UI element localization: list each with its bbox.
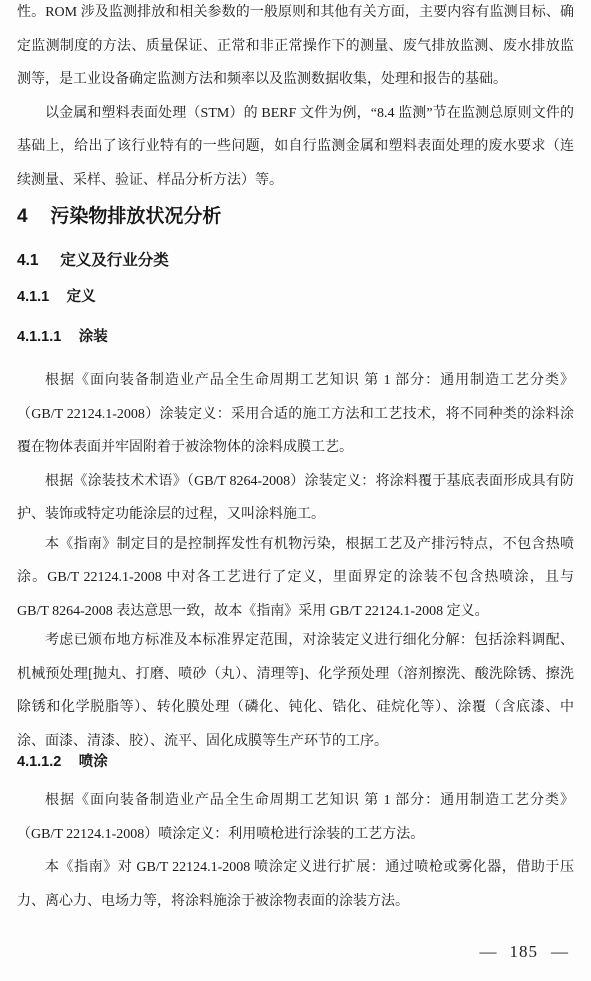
paragraph-tuzhuang-definition-gbt8264: 根据《涂装技术术语》（GB/T 8264-2008）涂装定义：将涂料覆于基底表面… <box>17 465 574 532</box>
heading-section-4-1-1-1-number: 4.1.1.1 <box>17 329 61 345</box>
page-footer: —185— <box>480 941 569 963</box>
footer-dash-right: — <box>551 942 568 961</box>
page-body: 性。ROM 涉及监测排放和相关参数的一般原则和其他有关方面，主要内容有监测目标、… <box>0 0 591 918</box>
heading-section-4-1-1-number: 4.1.1 <box>17 289 49 305</box>
paragraph-rom-monitoring: 性。ROM 涉及监测排放和相关参数的一般原则和其他有关方面，主要内容有监测目标、… <box>17 0 574 97</box>
heading-section-4-1-1-2-number: 4.1.1.2 <box>17 754 61 770</box>
heading-section-4-1-1: 4.1.1定义 <box>17 287 574 307</box>
footer-dash-left: — <box>480 942 497 961</box>
heading-section-4-1: 4.1定义及行业分类 <box>17 250 574 271</box>
heading-section-4-1-1-title: 定义 <box>67 289 96 305</box>
heading-chapter-4-number: 4 <box>17 206 28 227</box>
paragraph-stm-berf-example: 以金属和塑料表面处理（STM）的 BERF 文件为例，“8.4 监测”节在监测总… <box>17 97 574 198</box>
document-page: 性。ROM 涉及监测排放和相关参数的一般原则和其他有关方面，主要内容有监测目标、… <box>0 0 591 981</box>
heading-section-4-1-number: 4.1 <box>17 252 39 269</box>
heading-section-4-1-1-1-title: 涂装 <box>79 329 108 345</box>
heading-section-4-1-title: 定义及行业分类 <box>60 252 169 269</box>
paragraph-tuzhuang-definition-gbt22124: 根据《面向装备制造业产品全生命周期工艺知识 第 1 部分：通用制造工艺分类》（G… <box>17 364 574 465</box>
heading-section-4-1-1-2-title: 喷涂 <box>79 754 108 770</box>
paragraph-pentu-extended-definition: 本《指南》对 GB/T 22124.1-2008 喷涂定义进行扩展：通过喷枪或雾… <box>17 851 574 918</box>
paragraph-tuzhuang-guideline-scope: 本《指南》制定目的是控制挥发性有机物污染，根据工艺及产排污特点，不包含热喷涂。G… <box>17 528 574 629</box>
heading-chapter-4: 4污染物排放状况分析 <box>17 205 574 229</box>
heading-section-4-1-1-1: 4.1.1.1涂装 <box>17 327 574 347</box>
heading-chapter-4-title: 污染物排放状况分析 <box>50 206 221 227</box>
paragraph-tuzhuang-breakdown: 考虑已颁布地方标准及本标准界定范围，对涂装定义进行细化分解：包括涂料调配、机械预… <box>17 624 574 758</box>
paragraph-pentu-definition-gbt22124: 根据《面向装备制造业产品全生命周期工艺知识 第 1 部分：通用制造工艺分类》（G… <box>17 784 574 851</box>
page-number: 185 <box>510 942 539 961</box>
